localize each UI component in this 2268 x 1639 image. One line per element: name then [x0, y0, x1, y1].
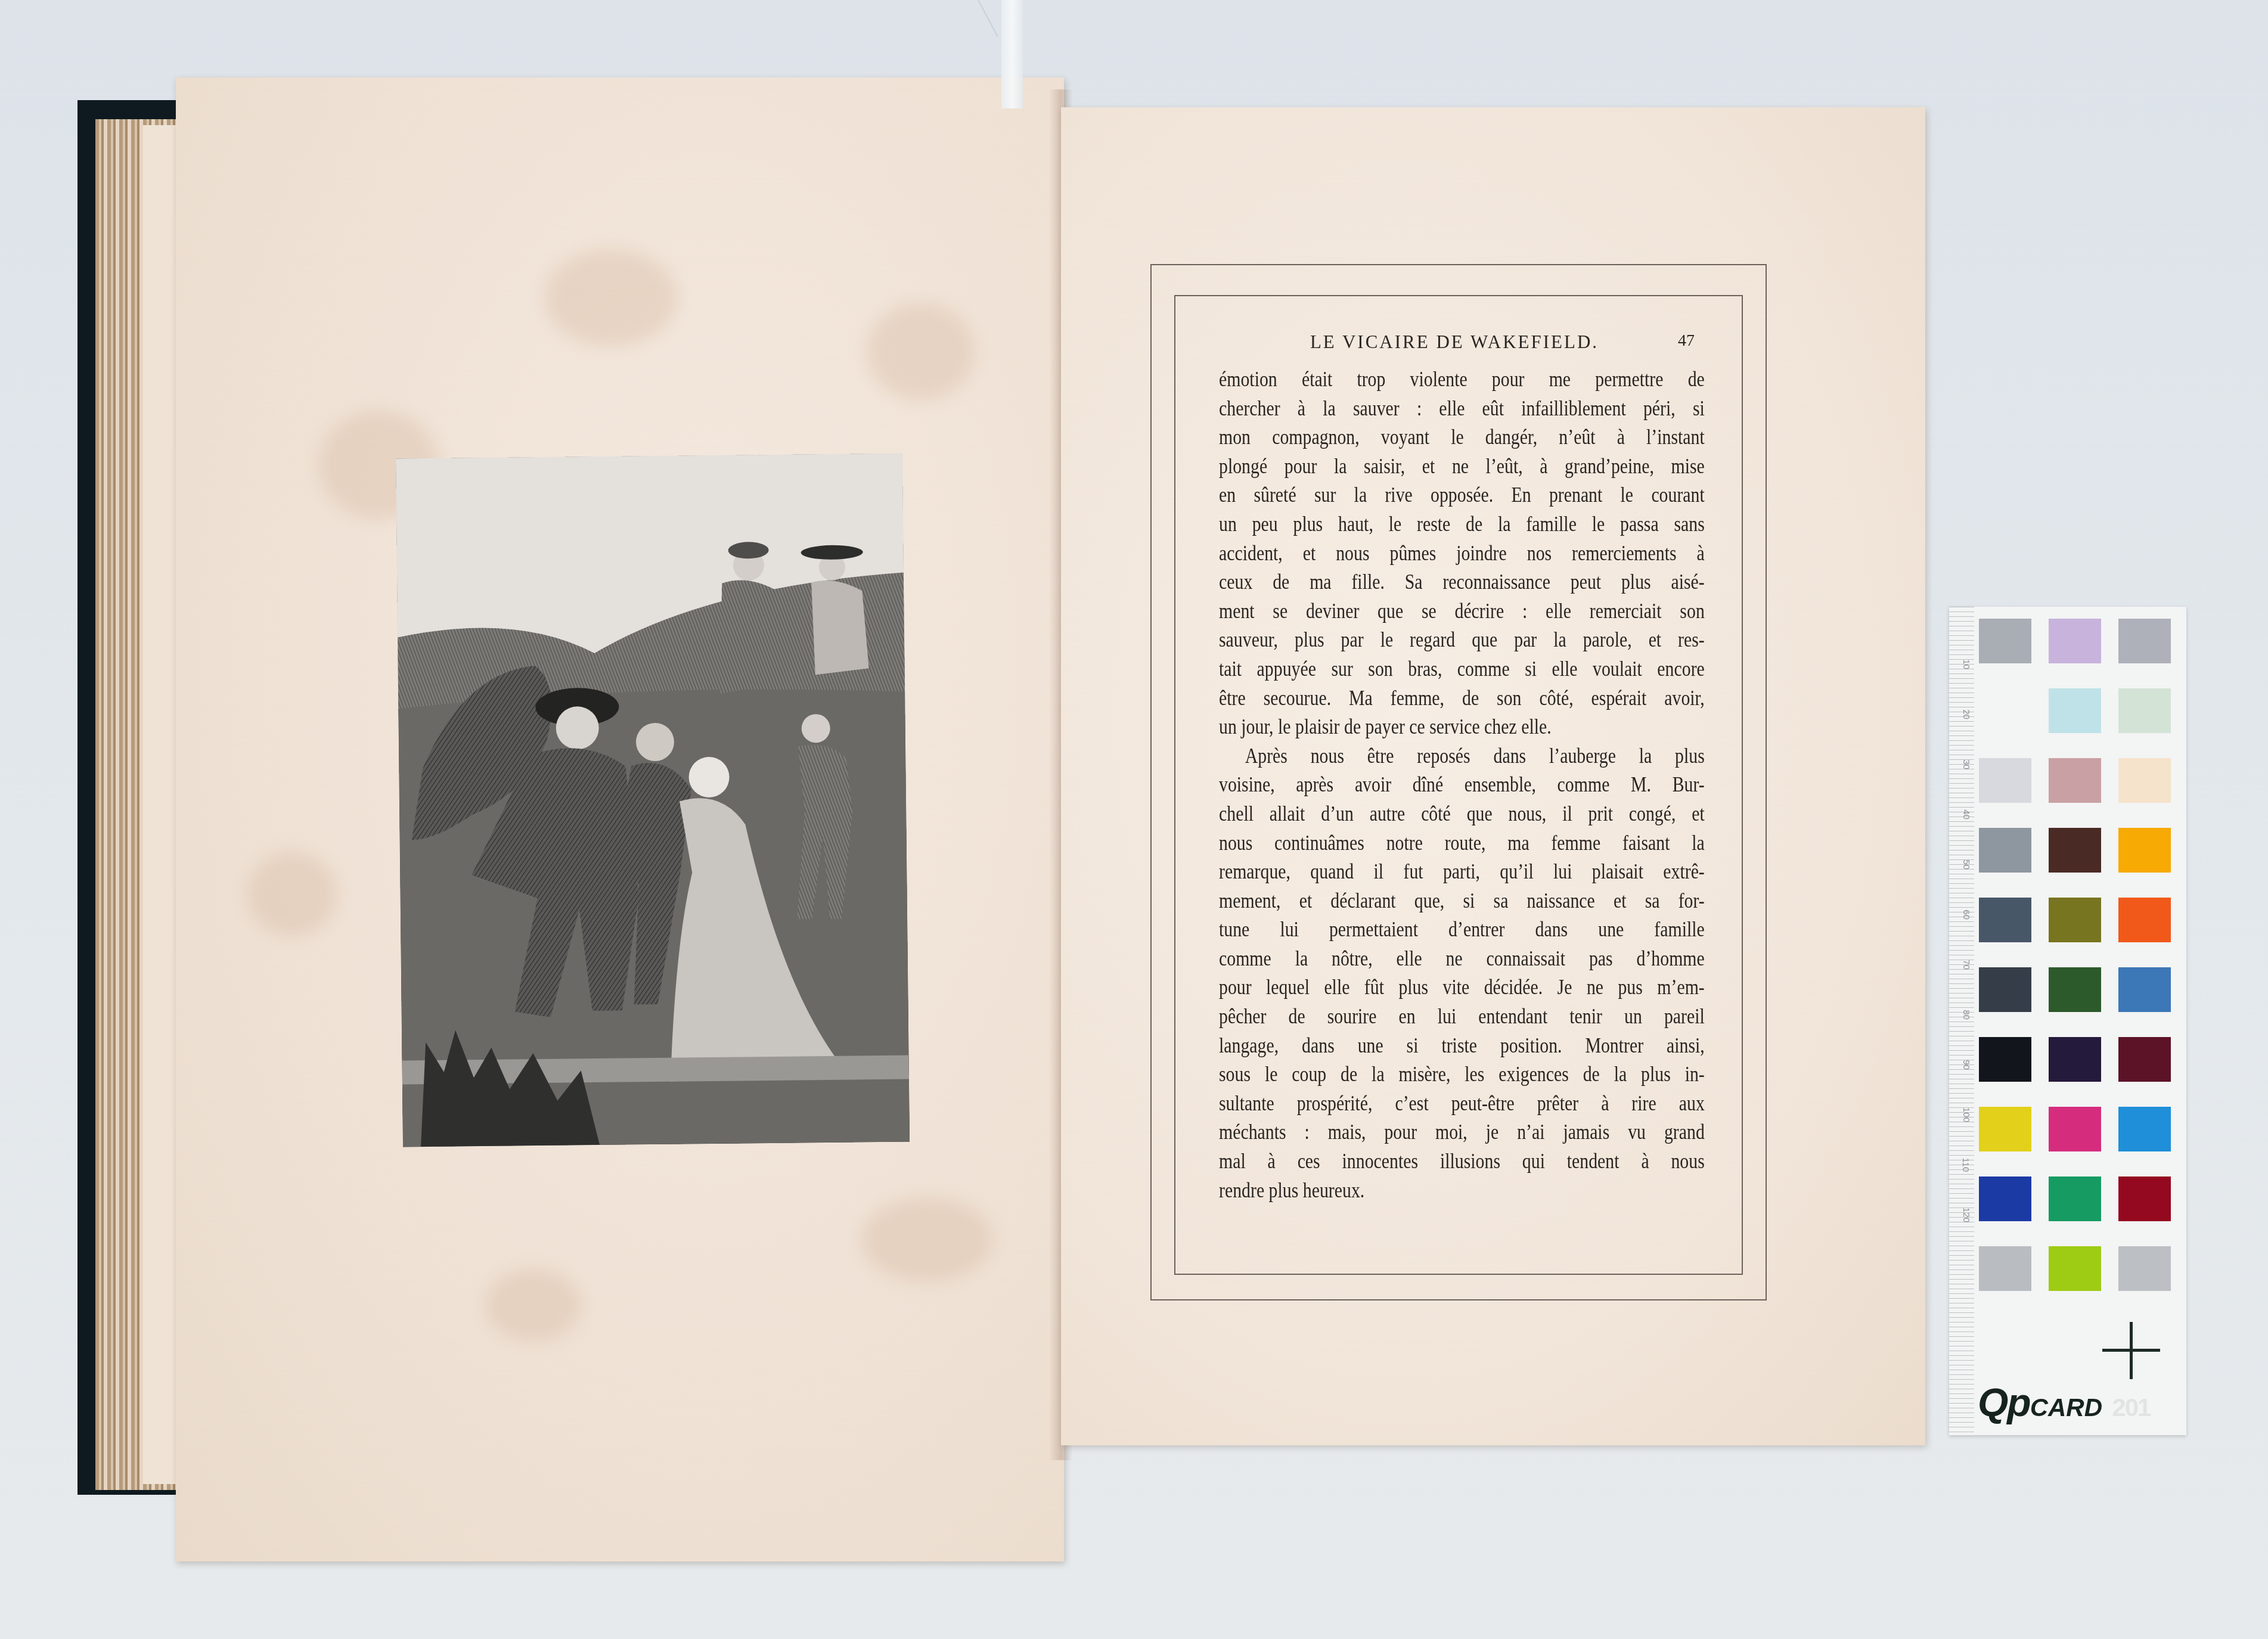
foxing-stain	[861, 1198, 992, 1281]
color-swatch	[2049, 1246, 2101, 1291]
color-swatch	[2118, 758, 2171, 803]
text-line: tait appuyée sur son bras, comme si elle…	[1219, 654, 1705, 684]
color-swatch	[2049, 619, 2101, 663]
text-line: mal à ces innocentes illusions qui tende…	[1219, 1147, 1705, 1176]
card-ruler	[1949, 607, 1974, 1435]
color-swatch	[2049, 828, 2101, 873]
ruler-label: 100	[1961, 1107, 1971, 1122]
color-swatch	[1979, 1246, 2031, 1291]
text-line: langage, dans une si triste position. Mo…	[1219, 1031, 1705, 1060]
color-swatch	[2049, 898, 2101, 942]
text-line: remarque, quand il fut parti, qu’il lui …	[1219, 857, 1705, 886]
text-line: chell allait d’un autre côté que nous, i…	[1219, 799, 1705, 828]
text-line: tune lui permettaient d’entrer dans une …	[1219, 915, 1705, 944]
text-line: sultante prospérité, c’est peut-être prê…	[1219, 1089, 1705, 1118]
color-swatch	[2118, 898, 2171, 942]
color-swatch	[2118, 1037, 2171, 1082]
foxing-stain	[867, 304, 975, 399]
color-swatch	[2049, 967, 2101, 1012]
ruler-label: 50	[1961, 859, 1971, 870]
color-swatch	[2118, 1177, 2171, 1221]
text-line: comme la nôtre, elle ne connaissait pas …	[1219, 944, 1705, 973]
color-swatch	[1979, 1107, 2031, 1151]
text-line: en sûreté sur la rive opposée. En prenan…	[1219, 480, 1705, 510]
color-swatch	[2118, 1107, 2171, 1151]
color-swatch	[1979, 898, 2031, 942]
text-line: être secourue. Ma femme, de son côté, es…	[1219, 684, 1705, 713]
ruler-label: 10	[1961, 659, 1971, 669]
color-swatch	[2049, 758, 2101, 803]
ruler-label: 70	[1961, 960, 1971, 970]
qpcard-brand-suffix: CARD	[2030, 1393, 2102, 1421]
color-swatch	[2049, 688, 2101, 733]
qpcard-logo: QpCARD 201	[1978, 1380, 2150, 1425]
paragraph-start-line: Après nous être reposés dans l’auberge l…	[1219, 741, 1705, 771]
foxing-stain	[247, 852, 337, 936]
ruler-label: 110	[1960, 1158, 1971, 1172]
qpcard-brand: Qp	[1978, 1380, 2030, 1424]
bookmark-ribbon	[1001, 0, 1023, 108]
color-swatch	[2118, 967, 2171, 1012]
text-line: émotion était trop violente pour me perm…	[1219, 365, 1705, 394]
color-swatch	[2118, 619, 2171, 663]
color-swatch	[2049, 1177, 2101, 1221]
text-line: mon compagnon, voyant le dangér, n’eût à…	[1219, 423, 1705, 452]
color-swatch	[2118, 828, 2171, 873]
ruler-label: 40	[1961, 809, 1971, 819]
foxing-stain	[486, 1269, 581, 1341]
qpcard-model-number: 201	[2112, 1393, 2150, 1421]
text-line: un peu plus haut, le reste de la famille…	[1219, 510, 1705, 539]
color-swatch	[1979, 619, 2031, 663]
color-swatch	[1979, 758, 2031, 803]
ruler-label: 20	[1961, 709, 1971, 719]
body-text: émotion était trop violente pour me perm…	[1219, 365, 1705, 1205]
text-line: rendre plus heureux.	[1219, 1176, 1705, 1205]
text-line: pêcher de sourire en lui entendant tenir…	[1219, 1002, 1705, 1031]
color-swatch	[1979, 688, 2031, 733]
engraving-illustration	[396, 454, 910, 1147]
text-line: accident, et nous pûmes joindre nos reme…	[1219, 539, 1705, 568]
color-swatch	[1979, 1037, 2031, 1082]
ruler-label: 80	[1961, 1010, 1971, 1020]
text-line: sous le coup de la misère, les exigences…	[1219, 1060, 1705, 1089]
ruler-label: 120	[1961, 1207, 1971, 1222]
text-line: nous continuâmes notre route, ma femme f…	[1219, 828, 1705, 858]
text-line: pour lequel elle fût plus vite décidée. …	[1219, 973, 1705, 1002]
engraving-scene	[396, 454, 910, 1147]
color-swatch	[1979, 1177, 2031, 1221]
ruler-label: 90	[1961, 1060, 1971, 1070]
text-line: un jour, le plaisir de payer ce service …	[1219, 712, 1705, 741]
text-line: sauveur, plus par le regard que par la p…	[1219, 625, 1705, 654]
running-head: LE VICAIRE DE WAKEFIELD.	[1216, 331, 1693, 353]
text-line: plongé pour la saisir, et ne l’eût, à gr…	[1219, 452, 1705, 481]
ruler-label: 60	[1961, 909, 1971, 920]
color-swatch	[1979, 967, 2031, 1012]
color-swatch	[2118, 688, 2171, 733]
text-line: méchants : mais, pour moi, je n’ai jamai…	[1219, 1117, 1705, 1147]
bookmark-thread	[978, 0, 998, 37]
foxing-stain	[545, 250, 677, 346]
color-swatch	[2118, 1246, 2171, 1291]
page-edge-leaf	[143, 125, 179, 1484]
text-line: ment se deviner que se décrire : elle re…	[1219, 597, 1705, 626]
text-line: chercher à la sauver : elle eût infailli…	[1219, 394, 1705, 423]
ruler-label: 30	[1961, 759, 1971, 769]
text-line: voisine, après avoir dîné ensemble, comm…	[1219, 770, 1705, 799]
color-swatch	[2049, 1107, 2101, 1151]
text-line: ceux de ma fille. Sa reconnaissance peut…	[1219, 567, 1705, 597]
color-swatch	[2049, 1037, 2101, 1082]
text-line: mement, et déclarant que, si sa naissanc…	[1219, 886, 1705, 915]
registration-crosshair	[2102, 1349, 2160, 1352]
color-swatch	[1979, 828, 2031, 873]
page-number: 47	[1678, 331, 1695, 350]
